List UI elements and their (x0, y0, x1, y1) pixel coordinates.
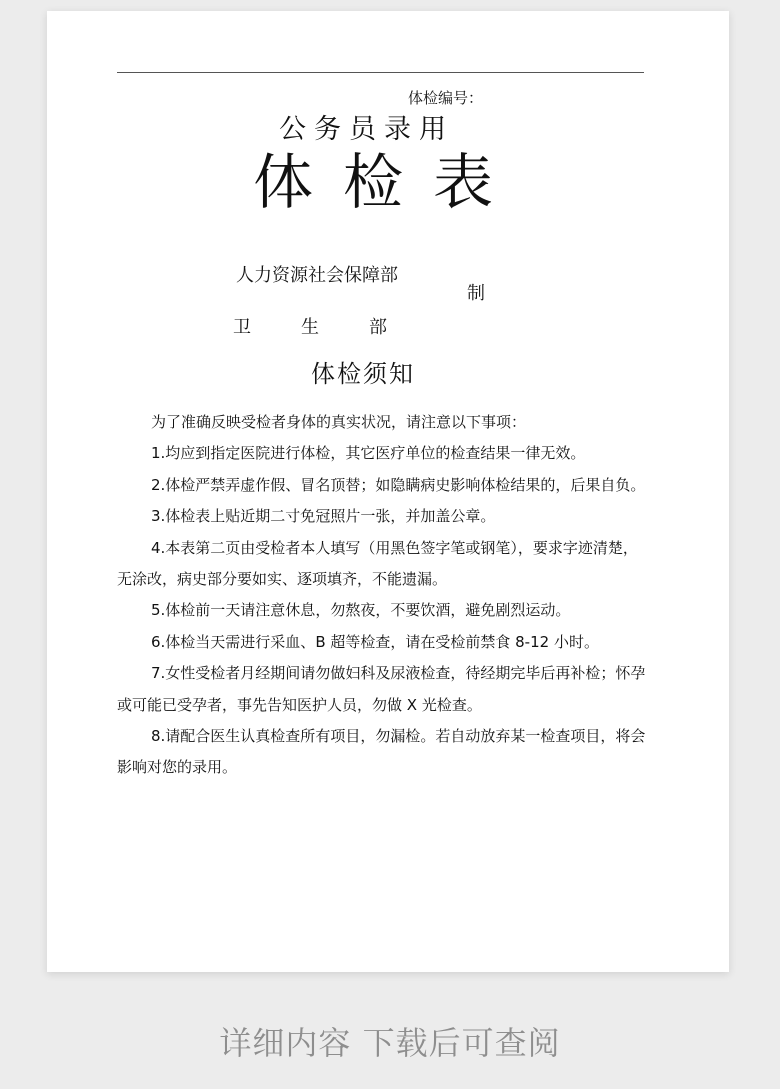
issuer-char: 生 (301, 313, 369, 339)
issuer-char: 部 (369, 313, 387, 339)
notice-item: 7.女性受检者月经期间请勿做妇科及尿液检查，待经期完毕后再补检；怀孕或可能已受孕… (117, 658, 647, 721)
notice-item: 3.体检表上贴近期二寸免冠照片一张，并加盖公章。 (117, 501, 647, 532)
exam-number-label: 体检编号： (408, 87, 483, 108)
issuer-ministry-hr: 人力资源社会保障部 (236, 261, 398, 287)
notice-item: 4.本表第二页由受检者本人填写（用黑色签字笔或钢笔），要求字迹清楚，无涂改，病史… (117, 533, 647, 596)
notice-item: 2.体检严禁弄虚作假、冒名顶替；如隐瞒病史影响体检结果的，后果自负。 (117, 470, 647, 501)
notice-intro: 为了准确反映受检者身体的真实状况，请注意以下事项： (117, 407, 647, 438)
document-title: 体检表 (253, 135, 523, 221)
header-rule (117, 72, 644, 73)
download-hint: 详细内容 下载后可查阅 (0, 1018, 780, 1064)
issuer-made-label: 制 (467, 279, 485, 305)
issuer-ministry-health: 卫生部 (233, 313, 387, 339)
document-page: 体检编号： 公务员录用 体检表 人力资源社会保障部 制 卫生部 体检须知 为了准… (47, 11, 729, 972)
notice-item: 1.均应到指定医院进行体检，其它医疗单位的检查结果一律无效。 (117, 438, 647, 469)
notice-item: 8.请配合医生认真检查所有项目，勿漏检。若自动放弃某一检查项目，将会影响对您的录… (117, 721, 647, 784)
issuer-char: 卫 (233, 313, 301, 339)
notice-body: 为了准确反映受检者身体的真实状况，请注意以下事项： 1.均应到指定医院进行体检，… (117, 407, 647, 784)
notice-item: 5.体检前一天请注意休息，勿熬夜，不要饮酒，避免剧烈运动。 (117, 595, 647, 626)
notice-item: 6.体检当天需进行采血、B 超等检查，请在受检前禁食 8-12 小时。 (117, 627, 647, 658)
notice-title: 体检须知 (311, 354, 415, 389)
